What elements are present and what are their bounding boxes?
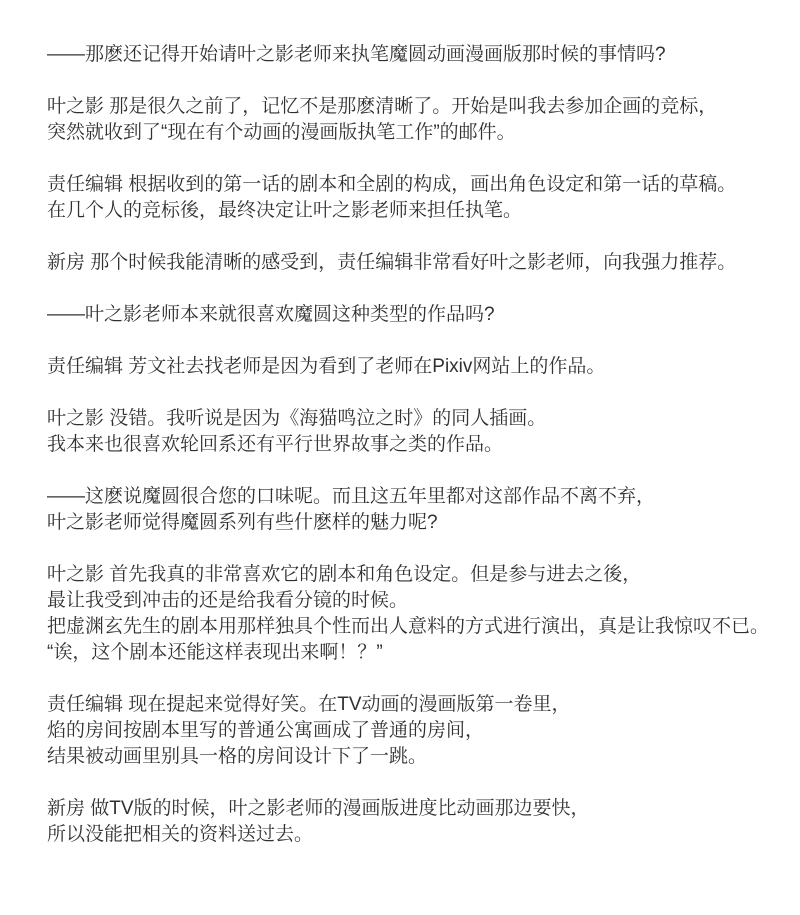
interviewer-question-line: ——那麽还记得开始请叶之影老师来执笔魔圆动画漫画版那时候的事情吗? [47,44,666,65]
speaker-name: 新房 [47,252,90,273]
speaker-name: 叶之影 [47,96,109,117]
speaker-name: 责任编辑 [47,694,128,715]
speaker-name: 叶之影 [47,408,109,429]
dialogue-line: 那是很久之前了，记忆不是那麽清晰了。开始是叫我去参加企画的竞标， [109,96,717,117]
dialogue-line: 芳文社去找老师是因为看到了老师在Pixiv网站上的作品。 [128,356,605,377]
speaker-name: 新房 [47,798,90,819]
dialogue-line: 把虚渊玄先生的剧本用那样独具个性而出人意料的方式进行演出，真是让我惊叹不已。 [47,616,769,637]
speaker-name: 责任编辑 [47,356,128,377]
transcript-paragraph: 新房 那个时候我能清晰的感受到，责任编辑非常看好叶之影老师，向我强力推荐。 [47,250,764,276]
dialogue-line: 根据收到的第一话的剧本和全剧的构成，画出角色设定和第一话的草稿。 [128,174,736,195]
dialogue-line: 首先我真的非常喜欢它的剧本和角色设定。但是参与进去之後， [109,564,641,585]
dialogue-line: 我本来也很喜欢轮回系还有平行世界故事之类的作品。 [47,434,503,455]
interviewer-question-line: ——叶之影老师本来就很喜欢魔圆这种类型的作品吗? [47,304,495,325]
transcript-paragraph: ——叶之影老师本来就很喜欢魔圆这种类型的作品吗? [47,302,764,328]
transcript-paragraph: 新房 做TV版的时候，叶之影老师的漫画版进度比动画那边要快，所以没能把相关的资料… [47,796,764,848]
transcript-paragraph: ——那麽还记得开始请叶之影老师来执笔魔圆动画漫画版那时候的事情吗? [47,42,764,68]
dialogue-line: 最让我受到冲击的还是给我看分镜的时候。 [47,590,408,611]
transcript-paragraph: 责任编辑 根据收到的第一话的剧本和全剧的构成，画出角色设定和第一话的草稿。在几个… [47,172,764,224]
dialogue-line: 没错。我听说是因为《海猫鸣泣之时》的同人插画。 [109,408,546,429]
transcript-paragraph: 责任编辑 现在提起来觉得好笑。在TV动画的漫画版第一卷里，焰的房间按剧本里写的普… [47,692,764,770]
speaker-name: 责任编辑 [47,174,128,195]
dialogue-line: 做TV版的时候，叶之影老师的漫画版进度比动画那边要快， [90,798,589,819]
dialogue-line: 所以没能把相关的资料送过去。 [47,824,313,845]
dialogue-line: 突然就收到了“现在有个动画的漫画版执笔工作”的邮件。 [47,122,516,143]
transcript-paragraph: 责任编辑 芳文社去找老师是因为看到了老师在Pixiv网站上的作品。 [47,354,764,380]
transcript-paragraph: ——这麽说魔圆很合您的口味呢。而且这五年里都对这部作品不离不弃，叶之影老师觉得魔… [47,484,764,536]
dialogue-line: 现在提起来觉得好笑。在TV动画的漫画版第一卷里， [128,694,570,715]
dialogue-line: 那个时候我能清晰的感受到，责任编辑非常看好叶之影老师，向我强力推荐。 [90,252,736,273]
dialogue-line: 焰的房间按剧本里写的普通公寓画成了普通的房间， [47,720,484,741]
dialogue-line: 结果被动画里别具一格的房间设计下了一跳。 [47,746,427,767]
transcript-paragraph: 叶之影 首先我真的非常喜欢它的剧本和角色设定。但是参与进去之後，最让我受到冲击的… [47,562,764,666]
transcript-paragraph: 叶之影 那是很久之前了，记忆不是那麽清晰了。开始是叫我去参加企画的竞标，突然就收… [47,94,764,146]
interviewer-question-line: ——这麽说魔圆很合您的口味呢。而且这五年里都对这部作品不离不弃， [47,486,655,507]
transcript-paragraph: 叶之影 没错。我听说是因为《海猫鸣泣之时》的同人插画。我本来也很喜欢轮回系还有平… [47,406,764,458]
dialogue-line: 在几个人的竞标後，最终决定让叶之影老师来担任执笔。 [47,200,522,221]
interview-transcript-page: ——那麽还记得开始请叶之影老师来执笔魔圆动画漫画版那时候的事情吗?叶之影 那是很… [0,0,800,915]
dialogue-line: 叶之影老师觉得魔圆系列有些什麽样的魅力呢? [47,512,438,533]
dialogue-line: “诶，这个剧本还能这样表现出来啊！？” [47,642,383,663]
speaker-name: 叶之影 [47,564,109,585]
